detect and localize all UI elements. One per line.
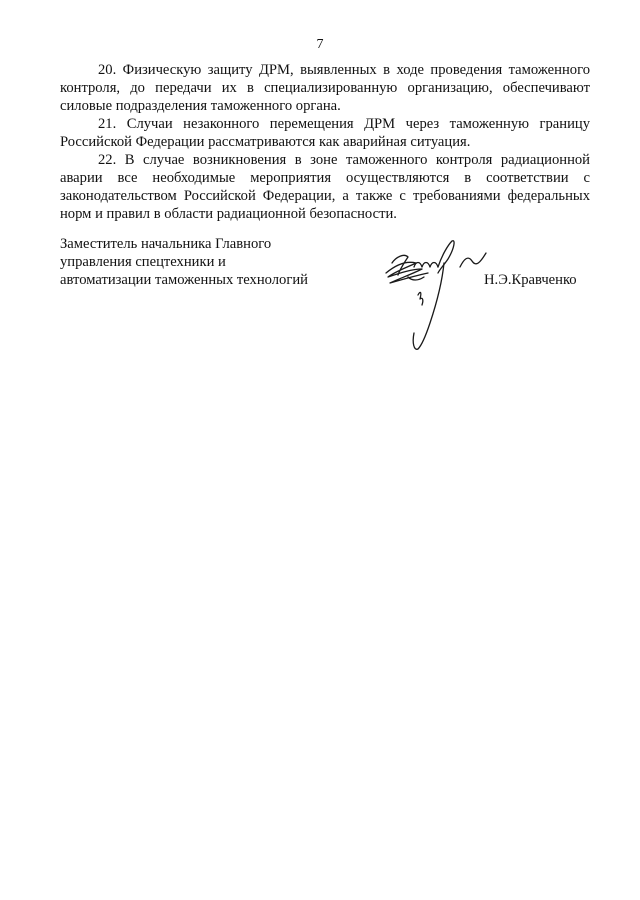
signer-name: Н.Э.Кравченко xyxy=(484,271,577,289)
signature-block: Заместитель начальника Главного управлен… xyxy=(60,235,590,365)
handwritten-signature-icon xyxy=(378,233,498,358)
page-number: 7 xyxy=(0,36,640,54)
document-body: 20. Физическую защиту ДРМ, выявленных в … xyxy=(60,61,590,223)
signer-title-line: управления спецтехники и xyxy=(60,253,308,271)
paragraph-20: 20. Физическую защиту ДРМ, выявленных в … xyxy=(60,61,590,115)
paragraph-21: 21. Случаи незаконного перемещения ДРМ ч… xyxy=(60,115,590,151)
signer-title: Заместитель начальника Главного управлен… xyxy=(60,235,308,289)
signer-title-line: автоматизации таможенных технологий xyxy=(60,271,308,289)
signer-title-line: Заместитель начальника Главного xyxy=(60,235,308,253)
paragraph-22: 22. В случае возникновения в зоне таможе… xyxy=(60,151,590,223)
